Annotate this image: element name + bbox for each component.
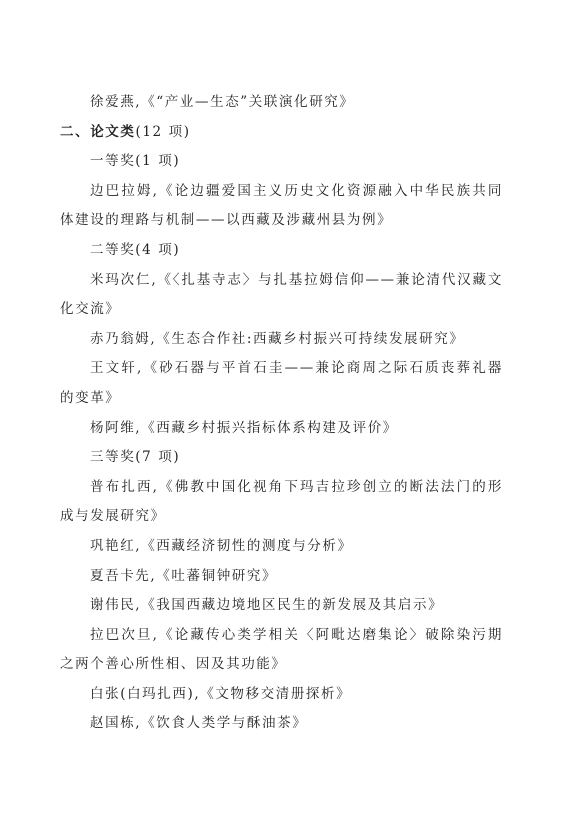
entry-second-3: 王文轩,《砂石器与平首石圭——兼论商周之际石质丧葬礼器的变革》 xyxy=(60,354,503,413)
award-label-first: 一等奖(1 项) xyxy=(60,147,503,177)
entry-second-1: 米玛次仁,《〈扎基寺志〉与扎基拉姆信仰——兼论清代汉藏文化交流》 xyxy=(60,266,503,325)
section-heading: 二、论文类(12 项) xyxy=(60,118,503,148)
entry-third-4: 谢伟民,《我国西藏边境地区民生的新发展及其启示》 xyxy=(60,591,503,621)
entry-third-7: 赵国栋,《饮食人类学与酥油茶》 xyxy=(60,709,503,739)
entry-second-4: 杨阿维,《西藏乡村振兴指标体系构建及评价》 xyxy=(60,414,503,444)
entry-third-5: 拉巴次旦,《论藏传心类学相关〈阿毗达磨集论〉破除染污期之两个善心所性相、因及其功… xyxy=(60,621,503,680)
entry-xu-aiyan: 徐爱燕,《“产业—生态”关联演化研究》 xyxy=(60,88,503,118)
section-heading-count: (12 项) xyxy=(136,124,191,140)
entry-third-1: 普布扎西,《佛教中国化视角下玛吉拉珍创立的断法法门的形成与发展研究》 xyxy=(60,473,503,532)
award-label-third: 三等奖(7 项) xyxy=(60,443,503,473)
entry-second-2: 赤乃翁姆,《生态合作社:西藏乡村振兴可持续发展研究》 xyxy=(60,325,503,355)
document-page: 徐爱燕,《“产业—生态”关联演化研究》 二、论文类(12 项) 一等奖(1 项)… xyxy=(60,88,503,739)
entry-first-1: 边巴拉姆,《论边疆爱国主义历史文化资源融入中华民族共同体建设的理路与机制——以西… xyxy=(60,177,503,236)
award-label-second: 二等奖(4 项) xyxy=(60,236,503,266)
entry-third-6: 白张(白玛扎西),《文物移交清册探析》 xyxy=(60,680,503,710)
entry-third-3: 夏吾卡先,《吐蕃铜钟研究》 xyxy=(60,562,503,592)
section-heading-title: 二、论文类 xyxy=(60,124,136,140)
entry-third-2: 巩艳红,《西藏经济韧性的测度与分析》 xyxy=(60,532,503,562)
